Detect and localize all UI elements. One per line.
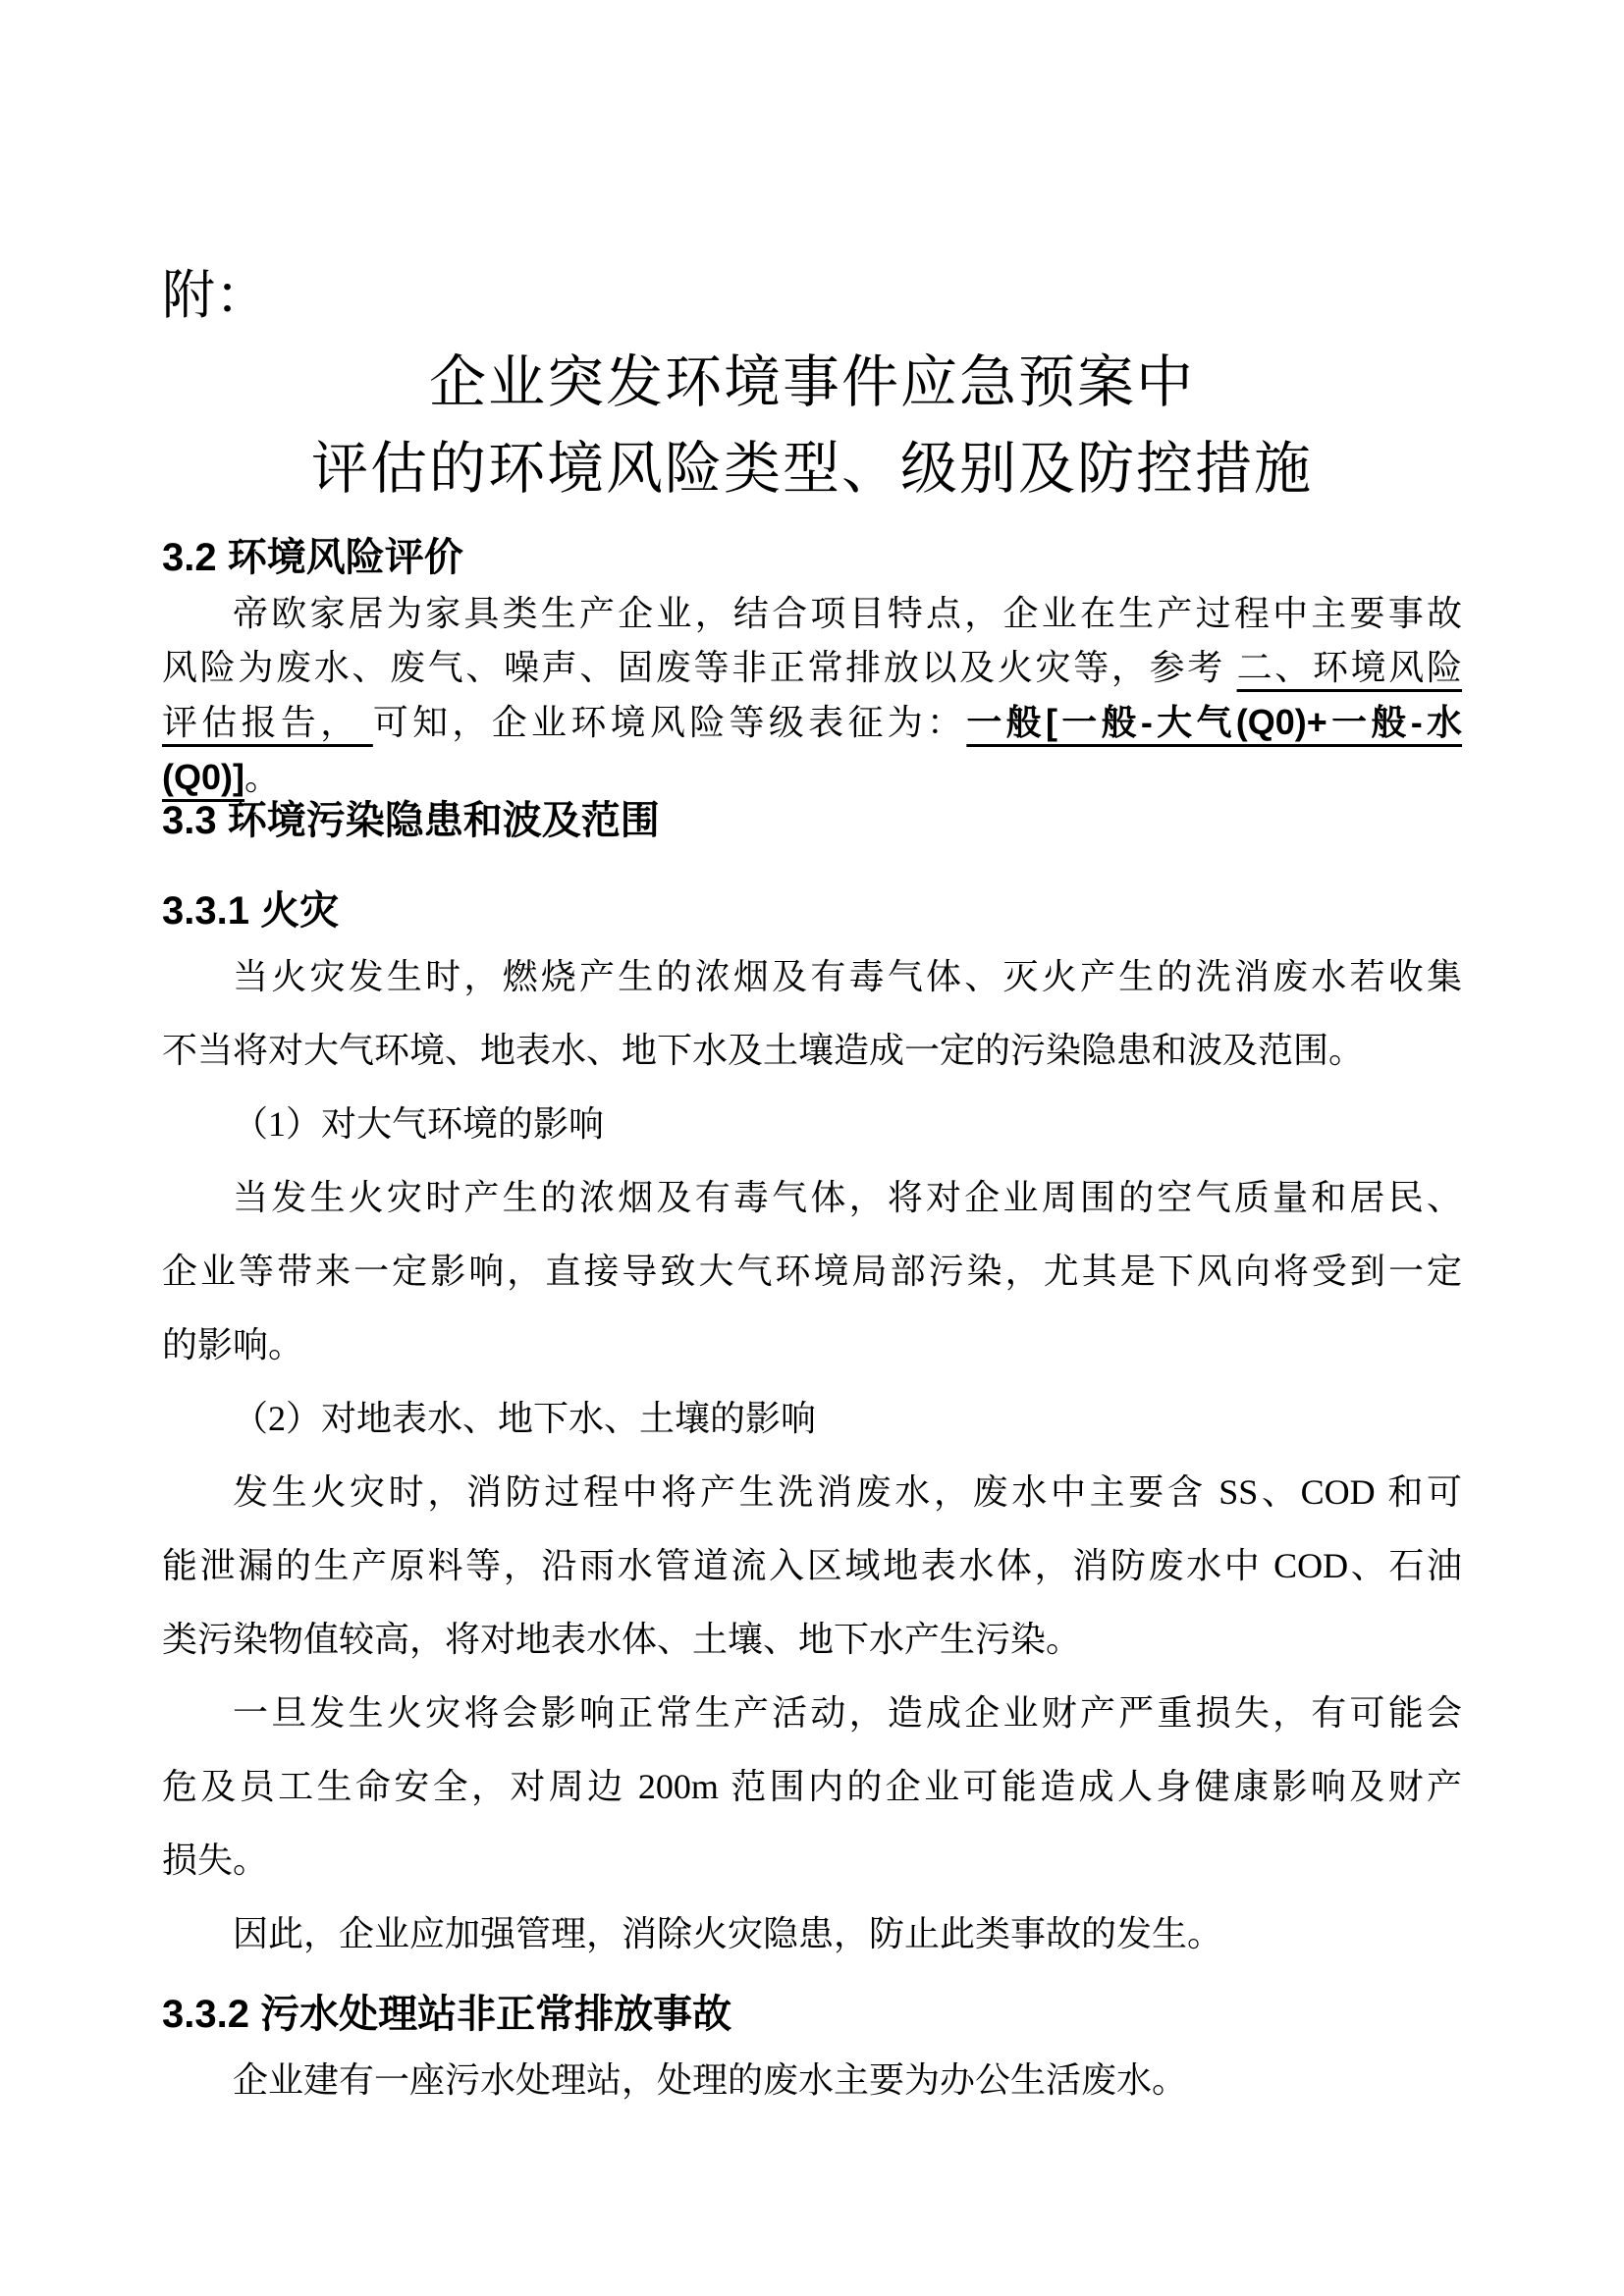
- para-fire-loss: 一旦发生火灾将会影响正常生产活动，造成企业财产严重损失，有可能会危及员工生命安全…: [162, 1677, 1462, 1897]
- doc-title-line-1: 企业突发环境事件应急预案中: [162, 340, 1462, 426]
- para-fire-intro: 当火灾发生时，燃烧产生的浓烟及有毒气体、灭火产生的洗消废水若收集不当将对大气环境…: [162, 940, 1462, 1088]
- para-air-impact: 当发生火灾时产生的浓烟及有毒气体，将对企业周围的空气质量和居民、企业等带来一定影…: [162, 1161, 1462, 1382]
- text-line: 当发生火灾时产生的浓烟及有毒气体，将对企业周围的空气质量和居民、: [162, 1161, 1462, 1235]
- text-line: 评估报告， 可知，企业环境风险等级表征为：一般[一般-大气(Q0)+一般-水: [162, 695, 1462, 750]
- text-line: 企业建有一座污水处理站，处理的废水主要为办公生活废水。: [162, 2044, 1462, 2117]
- text-run: 企业等带来一定影响，直接导致大气环境局部污染，尤其是下风向将受到一定: [162, 1252, 1462, 1291]
- text-line: 发生火灾时，消防过程中将产生洗消废水，废水中主要含 SS、COD 和可: [162, 1456, 1462, 1529]
- text-run: （2）对地表水、地下水、土壤的影响: [233, 1399, 816, 1438]
- text-line: 不当将对大气环境、地表水、地下水及土壤造成一定的污染隐患和波及范围。: [162, 1014, 1462, 1088]
- text-run: 可知，企业环境风险等级表征为：: [373, 703, 967, 742]
- para-sewage-intro: 企业建有一座污水处理站，处理的废水主要为办公生活废水。: [162, 2044, 1462, 2117]
- text-run: 不当将对大气环境、地表水、地下水及土壤造成一定的污染隐患和波及范围。: [162, 1031, 1364, 1070]
- text-run: 的影响。: [162, 1325, 303, 1364]
- text-line: 危及员工生命安全，对周边 200m 范围内的企业可能造成人身健康影响及财产: [162, 1750, 1462, 1824]
- text-line: 当火灾发生时，燃烧产生的浓烟及有毒气体、灭火产生的洗消废水若收集: [162, 940, 1462, 1014]
- heading-3-3-1: 3.3.1 火灾: [162, 881, 1462, 940]
- text-line: 的影响。: [162, 1308, 1462, 1382]
- text-line: （2）对地表水、地下水、土壤的影响: [162, 1382, 1462, 1456]
- text-run: 危及员工生命安全，对周边 200m 范围内的企业可能造成人身健康影响及财产: [162, 1767, 1462, 1806]
- text-line: 帝欧家居为家具类生产企业，结合项目特点，企业在生产过程中主要事故: [162, 587, 1462, 641]
- document-page: 附：企业突发环境事件应急预案中评估的环境风险类型、级别及防控措施3.2 环境风险…: [0, 0, 1624, 2296]
- text-line: （1）对大气环境的影响: [162, 1088, 1462, 1161]
- text-run: 当火灾发生时，燃烧产生的浓烟及有毒气体、灭火产生的洗消废水若收集: [233, 957, 1462, 996]
- attachment-label: 附：: [162, 265, 1462, 326]
- underlined-text: 二、环境风险: [1237, 648, 1462, 687]
- document-content: 附：企业突发环境事件应急预案中评估的环境风险类型、级别及防控措施3.2 环境风险…: [162, 0, 1462, 2117]
- text-line: 因此，企业应加强管理，消除火灾隐患，防止此类事故的发生。: [162, 1897, 1462, 1971]
- para-fire-conclusion: 因此，企业应加强管理，消除火灾隐患，防止此类事故的发生。: [162, 1897, 1462, 1971]
- underlined-text: 评估报告，: [162, 703, 373, 742]
- text-run: 能泄漏的生产原料等，沿雨水管道流入区域地表水体，消防废水中 COD、石油: [162, 1546, 1462, 1585]
- text-run: 类污染物值较高，将对地表水体、土壤、地下水产生污染。: [162, 1620, 1081, 1659]
- text-run: 发生火灾时，消防过程中将产生洗消废水，废水中主要含 SS、COD 和可: [233, 1472, 1462, 1512]
- text-line: 能泄漏的生产原料等，沿雨水管道流入区域地表水体，消防废水中 COD、石油: [162, 1529, 1462, 1603]
- text-run: （1）对大气环境的影响: [233, 1104, 604, 1144]
- text-line: 企业等带来一定影响，直接导致大气环境局部污染，尤其是下风向将受到一定: [162, 1235, 1462, 1308]
- text-run: 风险为废水、废气、噪声、固废等非正常排放以及火灾等，参考: [162, 648, 1237, 687]
- heading-3-3: 3.3 环境污染隐患和波及范围: [162, 791, 1462, 850]
- text-run: 帝欧家居为家具类生产企业，结合项目特点，企业在生产过程中主要事故: [233, 594, 1462, 633]
- text-run: 损失。: [162, 1841, 268, 1880]
- para-item-2: （2）对地表水、地下水、土壤的影响: [162, 1382, 1462, 1456]
- heading-3-2: 3.2 环境风险评价: [162, 528, 1462, 587]
- text-run: 一旦发生火灾将会影响正常生产活动，造成企业财产严重损失，有可能会: [233, 1693, 1462, 1733]
- text-line: 损失。: [162, 1824, 1462, 1897]
- text-line: 风险为废水、废气、噪声、固废等非正常排放以及火灾等，参考 二、环境风险: [162, 641, 1462, 695]
- heading-3-3-2: 3.3.2 污水处理站非正常排放事故: [162, 1985, 1462, 2044]
- doc-title-line-2: 评估的环境风险类型、级别及防控措施: [162, 426, 1462, 512]
- text-run: 当发生火灾时产生的浓烟及有毒气体，将对企业周围的空气质量和居民、: [233, 1178, 1462, 1217]
- para-item-1: （1）对大气环境的影响: [162, 1088, 1462, 1161]
- para-water-impact: 发生火灾时，消防过程中将产生洗消废水，废水中主要含 SS、COD 和可能泄漏的生…: [162, 1456, 1462, 1677]
- bold-underlined-text: 一般[一般-大气(Q0)+一般-水: [966, 702, 1462, 742]
- text-run: 企业建有一座污水处理站，处理的废水主要为办公生活废水。: [233, 2060, 1187, 2100]
- para-risk-evaluation: 帝欧家居为家具类生产企业，结合项目特点，企业在生产过程中主要事故风险为废水、废气…: [162, 587, 1462, 805]
- text-line: 一旦发生火灾将会影响正常生产活动，造成企业财产严重损失，有可能会: [162, 1677, 1462, 1750]
- text-line: 类污染物值较高，将对地表水体、土壤、地下水产生污染。: [162, 1603, 1462, 1677]
- text-run: 因此，企业应加强管理，消除火灾隐患，防止此类事故的发生。: [233, 1914, 1222, 1953]
